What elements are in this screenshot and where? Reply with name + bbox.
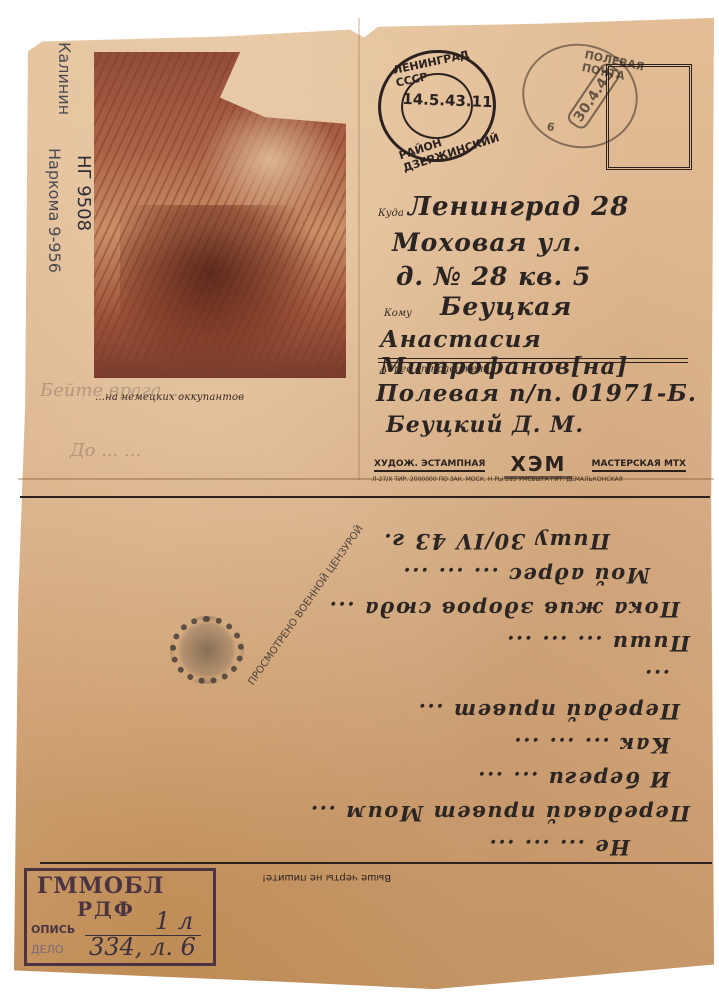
to-label: Куда: [378, 208, 404, 219]
whom-label: Кому: [384, 308, 412, 319]
censor-stamp-ring: [170, 616, 244, 684]
sender-label: Адрес отправителя: [380, 364, 490, 375]
illustration-highlight: [200, 100, 340, 220]
letter-line: Передавай привет Моим ...: [20, 801, 710, 826]
side-note-upper: Калинин: [55, 42, 74, 115]
address-divider: [378, 358, 688, 363]
address-line-2: Моховая ул.: [392, 228, 582, 257]
letter-body: Не ... ... ... Передавай привет Моим ...…: [20, 500, 710, 860]
faded-text-line: Бейте врага ... ...: [40, 380, 207, 401]
side-note-pencil: Наркома 9-956: [45, 148, 64, 273]
address-line-3: д. № 28 кв. 5: [396, 262, 591, 291]
address-line-1: Ленинград 28: [408, 192, 629, 222]
side-note-archive-code: НГ 9508: [73, 155, 94, 231]
faded-text-line: До ... ...: [70, 440, 141, 461]
letter-line: Пиши ... ... ...: [20, 631, 710, 656]
letter-line: Как ... ... ...: [20, 733, 710, 758]
inventory-value: 1 л: [155, 907, 193, 935]
printer-logo: ХЭМ: [504, 452, 572, 479]
censor-stamp: ПРОСМОТРЕНО ВОЕННОЙ ЦЕНЗУРОЙ: [170, 590, 290, 680]
recipient-surname: Беуцкая: [440, 292, 572, 321]
file-label: ДЕЛО: [31, 943, 63, 956]
letter-line: Пишу 30/IV 43 г.: [20, 529, 710, 554]
printer-left-label: ХУДОЖ. ЭСТАМПНАЯ: [374, 459, 485, 472]
printer-right-label: МАСТЕРСКАЯ МТХ: [592, 459, 686, 472]
letter-line: Пока жив здоров сюда ...: [20, 597, 710, 622]
letter-line: Передай привет ...: [20, 699, 710, 724]
inventory-label: ОПИСЬ: [31, 923, 75, 936]
archive-stamp: ГММОБЛ РДФ ОПИСЬ 1 л ДЕЛО 334, л. 6: [24, 868, 216, 966]
fold-crease-vertical: [358, 18, 360, 480]
letter-line: И береги ... ...: [20, 767, 710, 792]
archive-title: ГММОБЛ: [37, 873, 164, 899]
letter-line: ...: [20, 665, 710, 690]
postage-stamp-box: [606, 64, 692, 170]
sender-line-1: Полевая п/п. 01971-Б.: [376, 380, 697, 407]
printer-fine-print: Л-27/Х ТИР. 2000000 ПО ЗАК. МОСК. Н РЫ 2…: [372, 476, 692, 483]
archive-subtitle: РДФ: [77, 897, 135, 921]
sender-line-2: Беуцкий Д. М.: [386, 412, 584, 438]
printer-imprint: ХУДОЖ. ЭСТАМПНАЯ ХЭМ МАСТЕРСКАЯ МТХ: [374, 452, 686, 479]
letter-line: Мой адрес ... ... ...: [20, 563, 710, 588]
bottom-rule: [40, 862, 712, 864]
letter-line: Не ... ... ...: [20, 835, 710, 860]
illustration-soldiers: [120, 205, 320, 375]
postmark-number: 6: [546, 120, 556, 134]
do-not-write-notice: Выше черты не пишите!: [262, 872, 391, 883]
file-value: 334, л. 6: [89, 933, 196, 961]
fold-rule: [20, 496, 710, 498]
postmark-date: 14.5.43.11: [402, 90, 493, 111]
